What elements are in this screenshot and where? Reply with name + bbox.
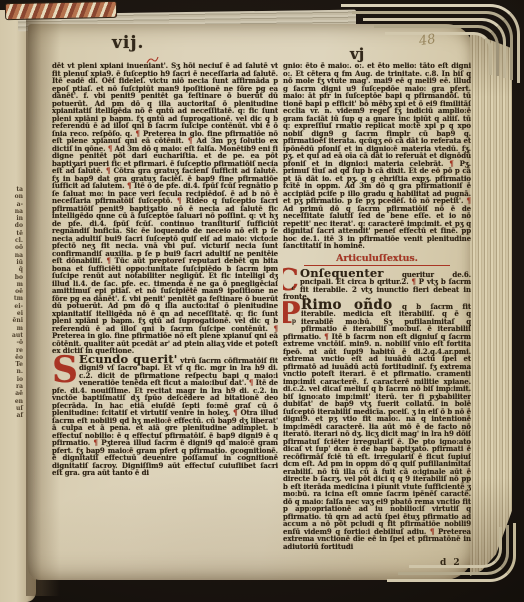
secundo-section: SEcundo querit' vtrū ſacrm cōfirmatōiſ f… — [52, 355, 278, 477]
text-column-left: dēt vt pleni xpiani inueniant'. Sʒ hōi n… — [52, 62, 278, 572]
facing-page-line-ends: ta on a- na in do tē cl. oō na iū q̄ bo … — [3, 186, 23, 420]
text-column-right: gnio: ēto ē maio:. o:. et ēto melio: tāt… — [283, 62, 471, 562]
page-header-right-column: vj — [350, 45, 364, 63]
right-column-paragraph: gnio: ēto ē maio:. o:. et ēto melio: tāt… — [283, 62, 471, 250]
decorated-headband — [5, 1, 117, 20]
rubricated-initial-p: Pp — [283, 302, 298, 326]
left-column-paragraph: dēt vt pleni xpiani inueniant'. Sʒ hōi n… — [52, 62, 278, 355]
rubricated-initial-c: Cc — [283, 269, 297, 292]
book-photograph: ta on a- na in do tē cl. oō na iū q̄ bo … — [0, 0, 524, 602]
rubricated-initial-s: S — [52, 356, 76, 385]
fore-edge-page-stack — [470, 32, 512, 576]
primo-section: PpRimo oñdo q b ſacrm fit iterabile. med… — [283, 301, 471, 551]
page-header-left-column: vij. — [112, 33, 144, 53]
quire-signature-mark: d 2 — [440, 558, 462, 568]
article-heading: Articuluſſextus. — [304, 253, 451, 266]
guide-letter-p: p — [292, 310, 296, 333]
primo-text: q b ſacrm fit iterabile. medicia eſt ite… — [283, 302, 471, 551]
red-ink-annotation — [146, 55, 159, 66]
handwritten-folio-number: 48 — [418, 32, 437, 49]
secundo-text: vtrū ſacrm cōfirmatōiſ fit digni9 vſ ſac… — [52, 356, 278, 478]
